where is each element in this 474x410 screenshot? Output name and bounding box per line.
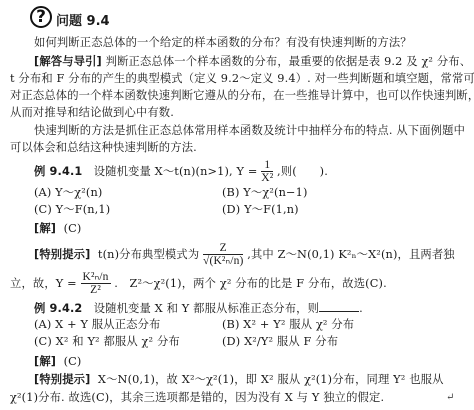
section-title: 问题 9.4 (56, 10, 110, 29)
example-2-hint-line-2: χ²(1)分布. 故选(C)，其余三选项都是错的，因为没有 X 与 Y 独立的假… (10, 391, 384, 405)
example-1-stem-pre: 设随机变量 X～t(n)(n>1), Y = (94, 165, 258, 178)
example-1-option-b: (B) Y～χ²(n−1) (222, 186, 308, 200)
example-1-hint-line-1: [特别提示] t(n)分布典型模式为 Z √(K²ₙ/n) ,其中 Z～N(0,… (34, 243, 455, 267)
return-mark-icon: ↵ (446, 392, 454, 403)
fraction-1-over-x2: 1 X² (261, 160, 273, 184)
hint-line2-post: . Z²～χ²(1)，两个 χ² 分布的比是 F 分布，故选(C). (114, 277, 387, 290)
fraction-denominator: Z² (81, 284, 111, 296)
example-1-stem: 例 9.4.1 设随机变量 X～t(n)(n>1), Y = 1 X² ,则( … (34, 160, 328, 184)
hint-text-pre: t(n)分布典型模式为 (98, 248, 199, 261)
answer-value: (C) (64, 355, 82, 368)
hint-label: [特别提示] (34, 248, 90, 261)
guide-line-4: 从而对推导和结论做到心中有数. (10, 106, 174, 120)
fraction-z-over-sqrt: Z √(K²ₙ/n) (203, 243, 243, 267)
guide-para2-line-2: 可以体会和总结这种快速判断的方法. (10, 141, 197, 155)
fraction-numerator: Z (203, 243, 243, 255)
example-1-option-c: (C) Y～F(n,1) (34, 203, 110, 217)
fraction-denominator: X² (261, 172, 273, 184)
question-text: 如何判断正态总体的一个给定的样本函数的分布？有没有快速判断的方法？ (34, 36, 412, 50)
example-2-hint-line-1: [特别提示] X～N(0,1)，故 X²～χ²(1)，即 X² 服从 χ²(1)… (34, 373, 444, 387)
guide-line-1: [解答与导引] 判断正态总体一个样本函数的分布，最重要的依据是表 9.2 及 χ… (34, 55, 471, 69)
stem-end: . (359, 302, 363, 315)
fraction-k-over-z2: K²ₙ/n Z² (81, 272, 111, 296)
fraction-denominator: √(K²ₙ/n) (203, 255, 243, 267)
example-2-option-b: (B) X² + Y² 服从 χ² 分布 (222, 318, 354, 332)
guide-text: 判断正态总体一个样本函数的分布，最重要的依据是表 9.2 及 χ² 分布、 (106, 55, 472, 68)
fraction-numerator: K²ₙ/n (81, 272, 111, 284)
example-1-option-a: (A) Y～χ²(n) (34, 186, 102, 200)
example-2-option-d: (D) X²/Y² 服从 F 分布 (222, 335, 338, 349)
hint-text: X～N(0,1)，故 X²～χ²(1)，即 X² 服从 χ²(1)分布，同理 Y… (98, 373, 444, 386)
guide-para2-line-1: 快速判断的方法是抓住正态总体常用样本函数及统计中抽样分布的特点. 从下面例题中 (34, 124, 465, 138)
answer-label: [解] (34, 222, 56, 235)
question-circle-icon: ? (30, 6, 52, 28)
example-1-stem-post: ,则( ). (277, 165, 328, 178)
answer-value: (C) (64, 222, 82, 235)
example-1-hint-line-2: 立，故，Y = K²ₙ/n Z² . Z²～χ²(1)，两个 χ² 分布的比是 … (10, 272, 387, 296)
example-1-label: 例 9.4.1 (34, 165, 82, 178)
guide-line-2: t 分布和 F 分布的产生的典型模式（定义 9.2～定义 9.4）. 对一些判断… (10, 72, 474, 86)
example-2-stem-text: 设随机变量 X 和 Y 都服从标准正态分布，则 (94, 302, 319, 315)
fraction-numerator: 1 (261, 160, 273, 172)
example-2-option-a: (A) X + Y 服从正态分布 (34, 318, 160, 332)
example-2-label: 例 9.4.2 (34, 302, 82, 315)
hint-text-post: ,其中 Z～N(0,1) K²ₙ～X²(n)，且两者独 (247, 248, 455, 261)
guide-label: [解答与导引] (34, 55, 102, 68)
example-2-option-c: (C) X² 和 Y² 都服从 χ² 分布 (34, 335, 180, 349)
guide-line-3: 对正态总体的一个样本函数快速判断它遵从的分布，在一些推导计算中，也可以作快速判断… (10, 89, 474, 103)
example-1-option-d: (D) Y～F(1,n) (222, 203, 299, 217)
hint-line2-pre: 立，故，Y = (10, 277, 77, 290)
answer-label: [解] (34, 355, 56, 368)
hint-label: [特别提示] (34, 373, 90, 386)
example-1-answer: [解] (C) (34, 222, 81, 236)
answer-blank (319, 301, 359, 312)
example-2-answer: [解] (C) (34, 355, 81, 369)
example-2-stem: 例 9.4.2 设随机变量 X 和 Y 都服从标准正态分布，则. (34, 301, 363, 316)
